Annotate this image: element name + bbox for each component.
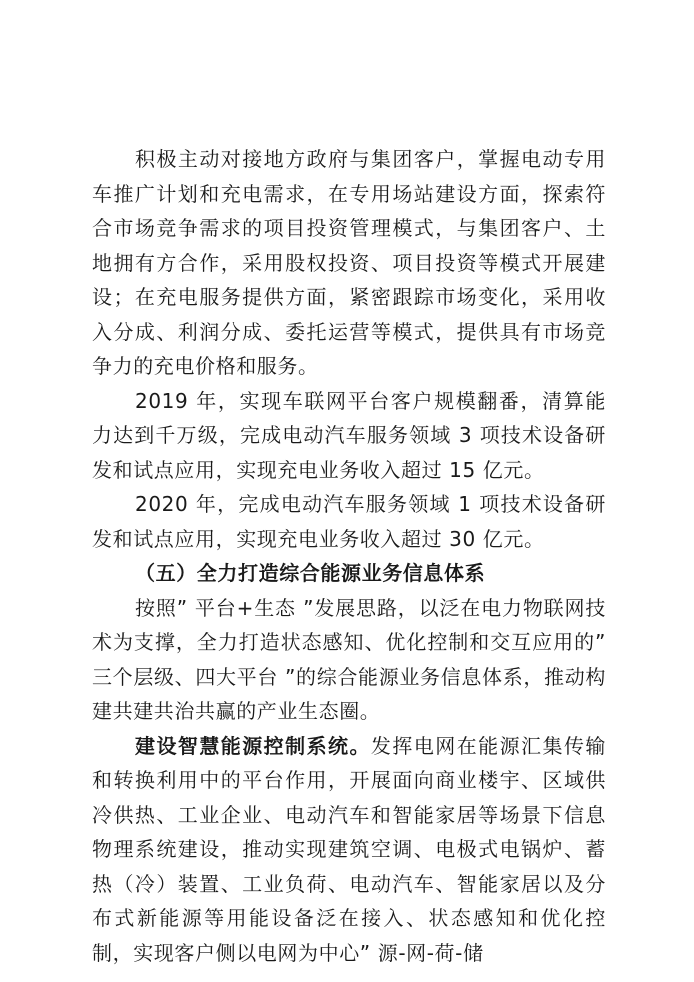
section-heading: （五）全力打造综合能源业务信息体系 xyxy=(92,556,606,591)
paragraph-lead-bold: 建设智慧能源控制系统。 xyxy=(135,734,371,758)
paragraph-smart-energy-control: 建设智慧能源控制系统。发挥电网在能源汇集传输和转换利用中的平台作用，开展面向商业… xyxy=(92,729,606,971)
paragraph-ev-charging-strategy: 积极主动对接地方政府与集团客户，掌握电动专用车推广计划和充电需求，在专用场站建设… xyxy=(92,142,606,384)
document-page: 积极主动对接地方政府与集团客户，掌握电动专用车推广计划和充电需求，在专用场站建设… xyxy=(92,142,606,970)
paragraph-body-text: 发挥电网在能源汇集传输和转换利用中的平台作用，开展面向商业楼宇、区域供冷供热、工… xyxy=(92,734,606,965)
paragraph-2020-targets: 2020 年，完成电动汽车服务领域 1 项技术设备研发和试点应用，实现充电业务收… xyxy=(92,487,606,556)
paragraph-2019-targets: 2019 年，实现车联网平台客户规模翻番，清算能力达到千万级，完成电动汽车服务领… xyxy=(92,384,606,488)
paragraph-platform-ecosystem: 按照” 平台+生态 ”发展思路，以泛在电力物联网技术为支撑，全力打造状态感知、优… xyxy=(92,591,606,729)
